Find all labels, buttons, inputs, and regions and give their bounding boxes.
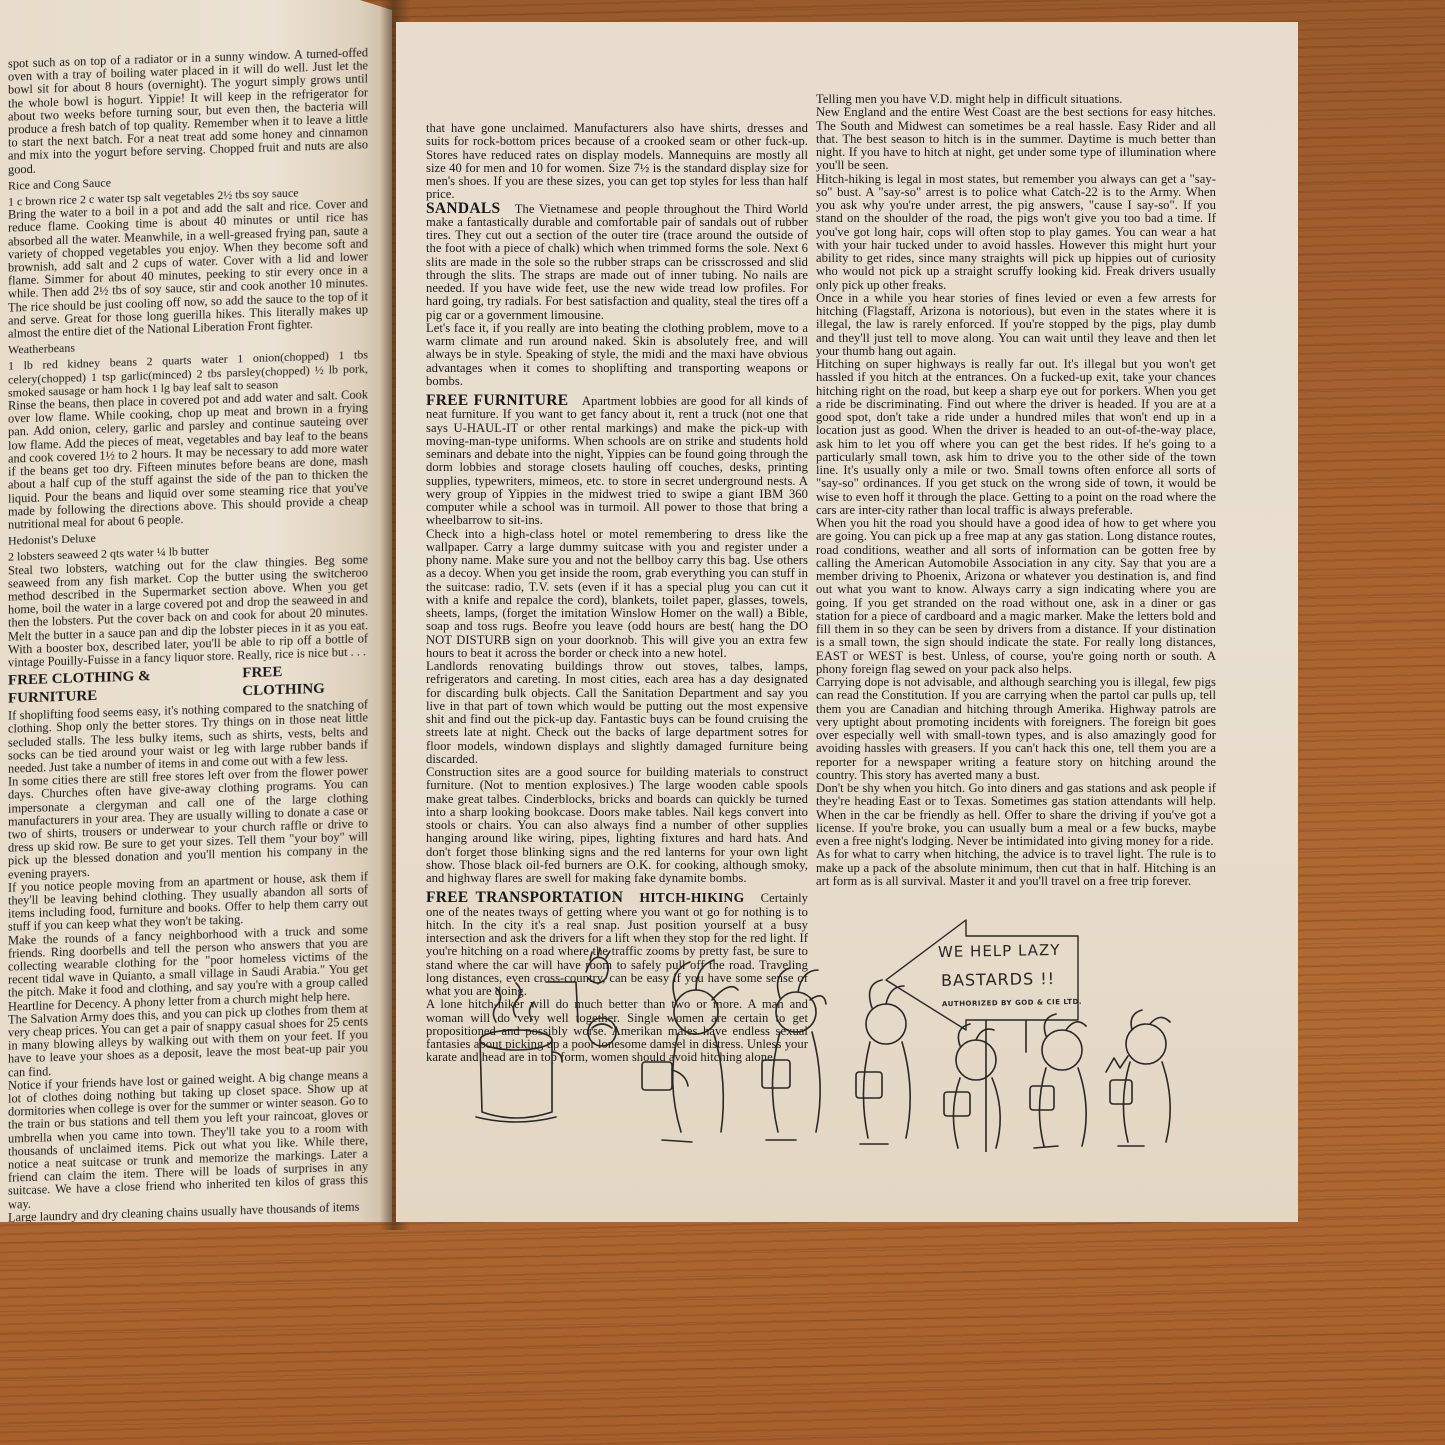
sandals-text: The Vietnamese and people throughout the… bbox=[426, 202, 808, 322]
clothing-paragraph: In some cities there are still free stor… bbox=[8, 764, 368, 881]
clothing-paragraph: Notice if your friends have lost or gain… bbox=[8, 1068, 368, 1211]
right-page: that have gone unclaimed. Manufacturers … bbox=[396, 22, 1298, 1222]
hitch-paragraph: Don't be shy when you hitch. Go into din… bbox=[816, 782, 1216, 848]
hitch-paragraph: Telling men you have V.D. might help in … bbox=[816, 93, 1216, 106]
furniture-text: Apartment lobbies are good for all kinds… bbox=[426, 394, 808, 527]
furniture-paragraph: Construction sites are a good source for… bbox=[426, 766, 808, 885]
hitch-paragraph: Once in a while you hear stories of fine… bbox=[816, 292, 1216, 358]
hitchhikers-cartoon: WE HELP LAZY BASTARDS !! AUTHORIZED BY G… bbox=[466, 912, 1186, 1152]
furniture-paragraph: FREE FURNITURE Apartment lobbies are goo… bbox=[426, 394, 808, 528]
section-heading: FREE CLOTHING & FURNITURE bbox=[8, 664, 242, 707]
furniture-paragraph: Landlords renovating buildings throw out… bbox=[426, 660, 808, 766]
hitch-paragraph: Carrying dope is not advisable, and alth… bbox=[816, 676, 1216, 782]
furniture-paragraph: Check into a high-class hotel or motel r… bbox=[426, 528, 808, 661]
clothing-paragraph: Make the rounds of a fancy neighborhood … bbox=[8, 923, 368, 1014]
sign-text-line-1: WE HELP LAZY bbox=[938, 941, 1061, 961]
yogurt-paragraph: spot such as on top of a radiator or in … bbox=[8, 46, 368, 176]
cartoon-drawing-icon bbox=[466, 912, 1186, 1152]
hitch-paragraph: When you hit the road you should have a … bbox=[816, 517, 1216, 676]
intro-paragraph: that have gone unclaimed. Manufacturers … bbox=[426, 122, 808, 202]
recipe-method-lobster: Steal two lobsters, watching out for the… bbox=[8, 553, 368, 670]
right-page-column-2: Telling men you have V.D. might help in … bbox=[816, 93, 1216, 888]
hitch-paragraph: Hitching on super highways is really far… bbox=[816, 358, 1216, 517]
left-page: spot such as on top of a radiator or in … bbox=[0, 0, 392, 1222]
recipe-method-beans: Rinse the beans, then place in covered p… bbox=[8, 388, 368, 531]
sign-text-line-2: BASTARDS !! bbox=[941, 969, 1055, 990]
recipe-method-rice: Bring the water to a boil in a pot and a… bbox=[8, 198, 368, 341]
sandals-paragraph: SANDALS The Vietnamese and people throug… bbox=[426, 202, 808, 322]
hitch-paragraph: As for what to carry when hitching, the … bbox=[816, 848, 1216, 888]
clothing-paragraph: The Salvation Army does this, and you ca… bbox=[8, 1002, 368, 1079]
hitch-paragraph: Hitch-hiking is legal in most states, bu… bbox=[816, 173, 1216, 292]
hitch-heading: HITCH-HIKING bbox=[640, 890, 745, 905]
hitch-paragraph: New England and the entire West Coast ar… bbox=[816, 106, 1216, 172]
sub-heading: FREE CLOTHING bbox=[242, 660, 368, 700]
sandals-paragraph-2: Let's face it, if you really are into be… bbox=[426, 322, 808, 388]
left-page-text: spot such as on top of a radiator or in … bbox=[8, 46, 368, 1222]
